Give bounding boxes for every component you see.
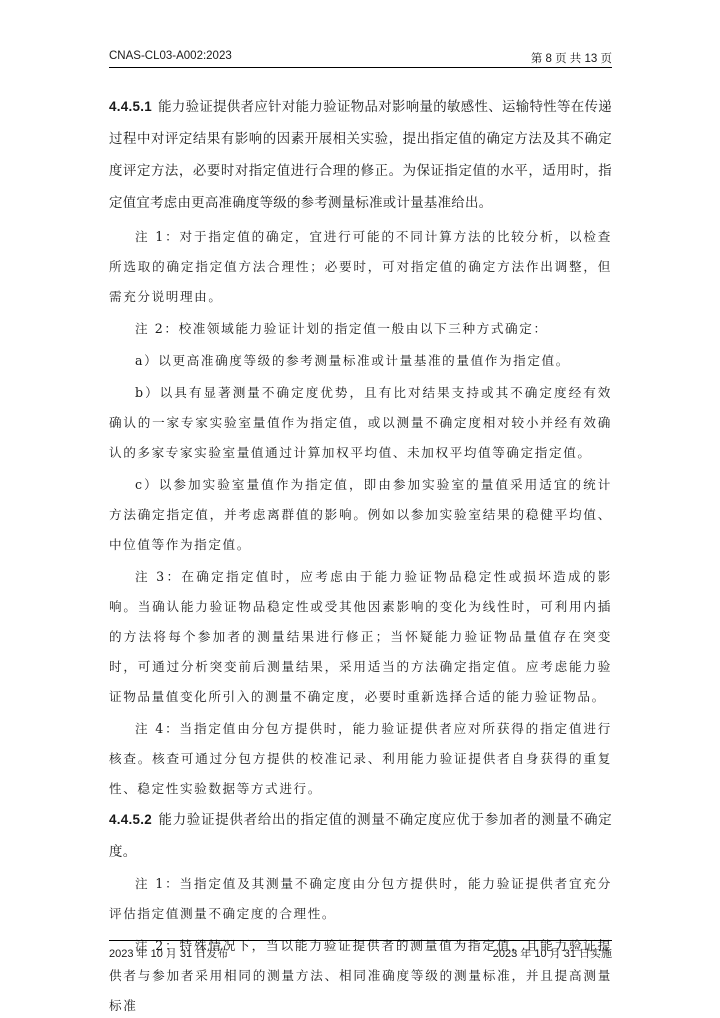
clause-number: 4.4.5.2: [109, 812, 152, 827]
note-3: 注 3：在确定指定值时，应考虑由于能力验证物品稳定性或损坏造成的影响。当确认能力…: [109, 562, 612, 712]
publish-date: 2023 年 10 月 31 日发布: [109, 945, 228, 961]
effective-date: 2023 年 10 月 31 日实施: [493, 945, 612, 961]
page-footer: 2023 年 10 月 31 日发布 2023 年 10 月 31 日实施: [109, 945, 612, 961]
page-header: CNAS-CL03-A002:2023 第 8 页 共 13 页: [109, 50, 612, 66]
note-2: 注 2：校准领域能力验证计划的指定值一般由以下三种方式确定：: [109, 314, 612, 344]
document-body: 4.4.5.1能力验证提供者应针对能力验证物品对影响量的敏感性、运输特性等在传递…: [109, 91, 612, 1018]
header-divider: [109, 67, 612, 68]
clause-4-4-5-2: 4.4.5.2能力验证提供者给出的指定值的测量不确定度应优于参加者的测量不确定度…: [109, 804, 612, 869]
clause-text: 能力验证提供者应针对能力验证物品对影响量的敏感性、运输特性等在传递过程中对评定结…: [109, 100, 612, 211]
document-id: CNAS-CL03-A002:2023: [109, 50, 232, 62]
clause-4-4-5-1: 4.4.5.1能力验证提供者应针对能力验证物品对影响量的敏感性、运输特性等在传递…: [109, 91, 612, 220]
note-2-item-a: a）以更高准确度等级的参考测量标准或计量基准的量值作为指定值。: [109, 346, 612, 376]
note-2-item-b: b）以具有显著测量不确定度优势，且有比对结果支持或其不确定度经有效确认的一家专家…: [109, 378, 612, 468]
clause-number: 4.4.5.1: [109, 99, 152, 114]
note-1-4452: 注 1：当指定值及其测量不确定度由分包方提供时，能力验证提供者宜充分评估指定值测…: [109, 869, 612, 929]
footer-divider: [109, 940, 612, 941]
document-page: CNAS-CL03-A002:2023 第 8 页 共 13 页 4.4.5.1…: [0, 0, 720, 1018]
clause-text: 能力验证提供者给出的指定值的测量不确定度应优于参加者的测量不确定度。: [109, 813, 612, 860]
note-4: 注 4：当指定值由分包方提供时，能力验证提供者应对所获得的指定值进行核查。核查可…: [109, 714, 612, 804]
page-number: 第 8 页 共 13 页: [531, 50, 612, 66]
note-2-item-c: c）以参加实验室量值作为指定值，即由参加实验室的量值采用适宜的统计方法确定指定值…: [109, 470, 612, 560]
note-1: 注 1：对于指定值的确定，宜进行可能的不同计算方法的比较分析，以检查所选取的确定…: [109, 222, 612, 312]
